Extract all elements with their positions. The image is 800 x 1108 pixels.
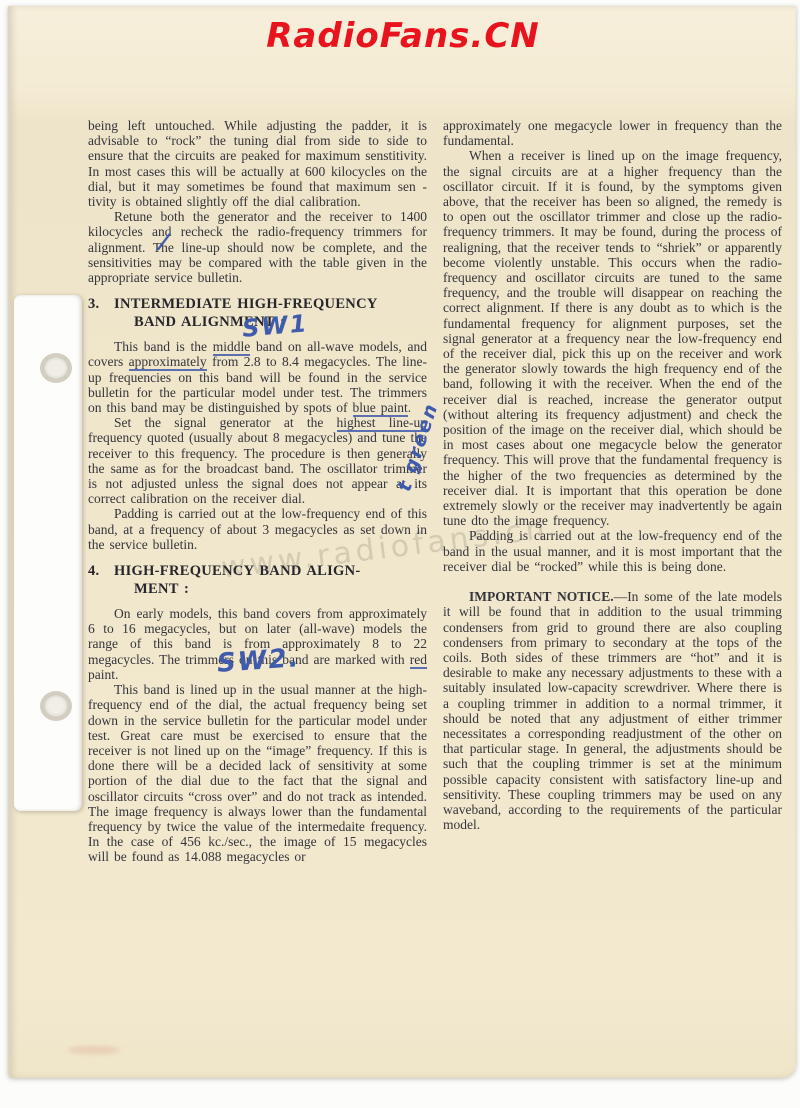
text-run: approximately one megacycle lower in fre… (443, 118, 782, 148)
handwritten-note-sw2: SW2. (216, 643, 301, 679)
punch-hole (40, 691, 72, 721)
paragraph: Set the signal generator at the highest … (88, 415, 427, 506)
paragraph: approximately one megacycle lower in fre… (443, 118, 782, 148)
text-run: . (408, 400, 411, 415)
text-run: This band is lined up in the usual manne… (88, 682, 427, 864)
text-run: frequency quoted (usually about 8 megacy… (88, 430, 427, 506)
text-run: This band is the (114, 339, 213, 354)
left-column: being left untouched. While adjusting th… (88, 118, 427, 865)
paragraph: being left untouched. While adjusting th… (88, 118, 427, 209)
text-run: When a receiver is lined up on the image… (443, 148, 782, 528)
paragraph: Retune both the generator and the receiv… (88, 209, 427, 285)
section-number: 4. (88, 563, 114, 581)
paragraph: Padding is carried out at the low-freque… (443, 528, 782, 574)
text-run: Retune both the generator and the receiv… (88, 209, 427, 285)
section-number: 3. (88, 296, 114, 314)
paragraph: When a receiver is lined up on the image… (443, 148, 782, 528)
paragraph: This band is the middle band on all-wave… (88, 339, 427, 415)
handwritten-note-sw1: SW1 (241, 309, 310, 343)
section-heading: 4.HIGH-FREQUENCY BAND ALIGN-MENT : (88, 563, 427, 598)
document-page: RadioFans.CN www.radiofans.cn being left… (8, 6, 796, 1078)
text-run: Padding is carried out at the low-freque… (88, 506, 427, 551)
paragraph: Padding is carried out at the low-freque… (88, 506, 427, 552)
text-run: being left untouched. While adjusting th… (88, 118, 427, 209)
text-run: —In some of the late models it will be f… (443, 589, 782, 832)
punch-hole (40, 353, 72, 383)
site-watermark-header: RadioFans.CN (10, 16, 796, 56)
paper-smudge (68, 1046, 120, 1054)
bold-run: IMPORTANT NOTICE. (469, 589, 614, 604)
text-run: paint. (88, 667, 118, 682)
text-columns: being left untouched. While adjusting th… (88, 118, 782, 865)
text-run: Padding is carried out at the low-freque… (443, 528, 782, 573)
paragraph: This band is lined up in the usual manne… (88, 682, 427, 864)
right-column: approximately one megacycle lower in fre… (443, 118, 782, 865)
pen-underlined-text: red (410, 652, 427, 669)
text-run: Set the signal generator at the (114, 415, 337, 430)
paragraph: IMPORTANT NOTICE.—In some of the late mo… (443, 589, 782, 832)
binder-reinforcement-strip (14, 295, 82, 811)
